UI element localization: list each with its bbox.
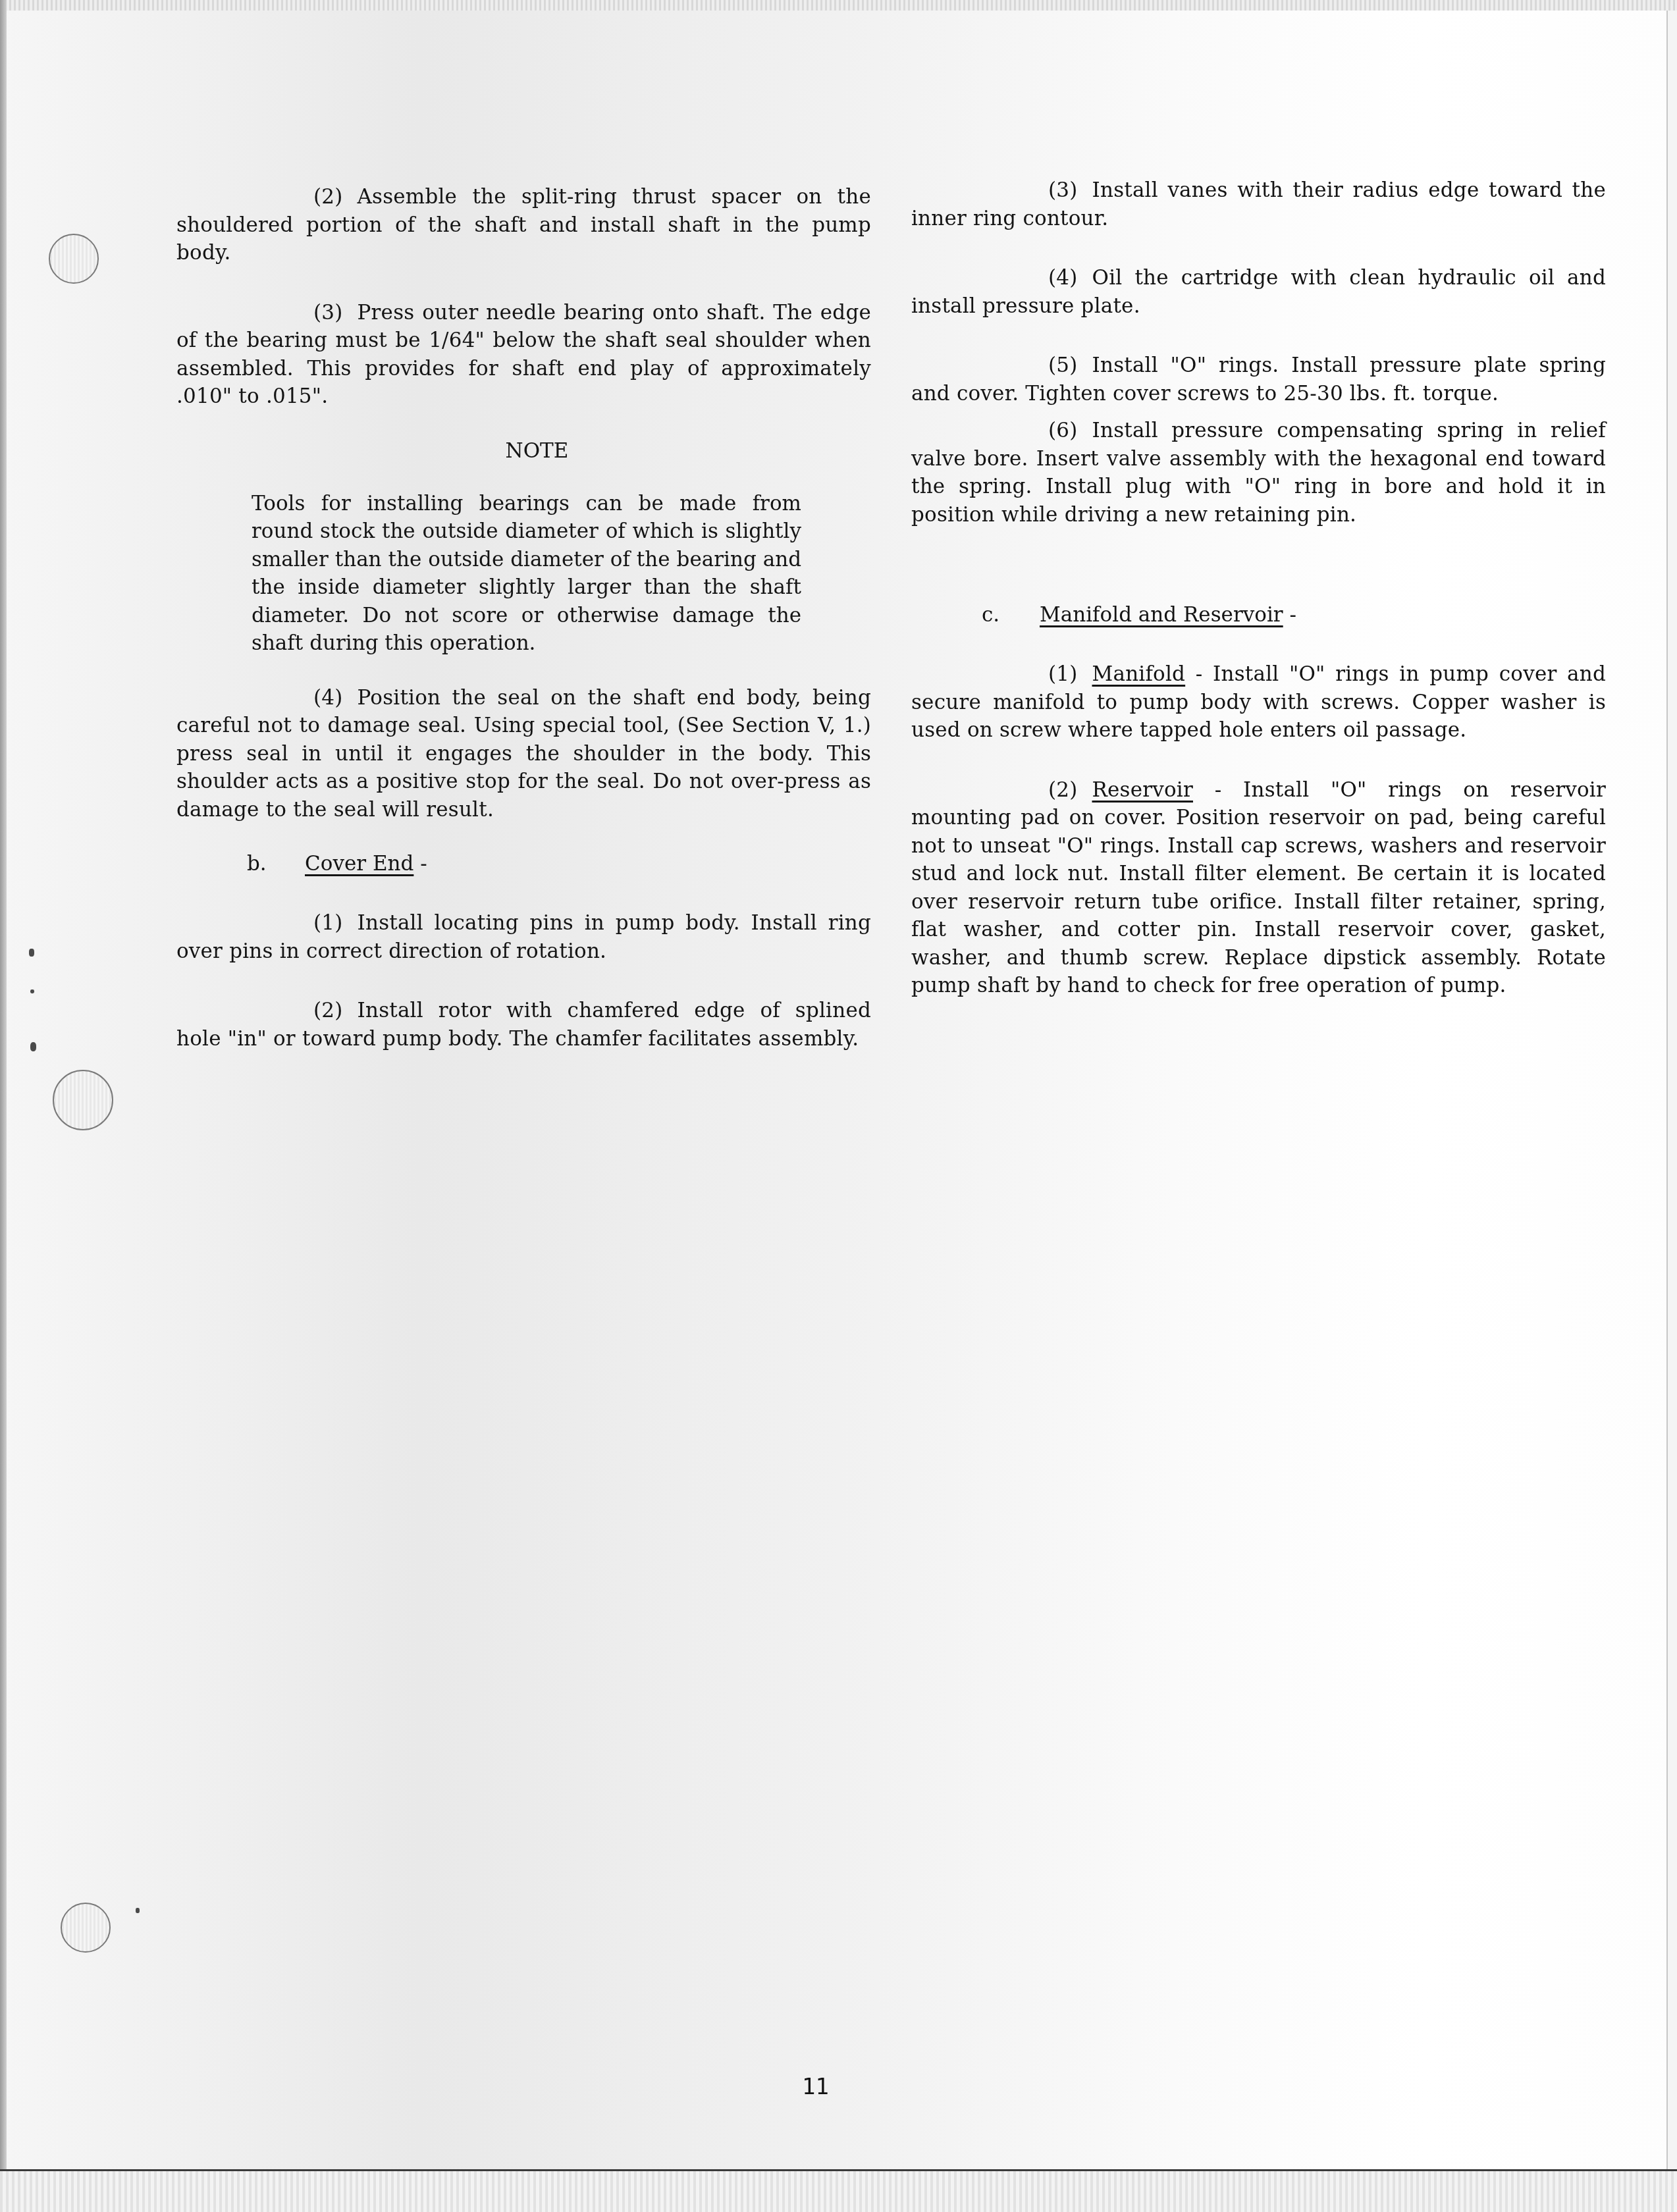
right-column: (3)Install vanes with their radius edge …	[911, 176, 1606, 1000]
binder-punch-hole-middle	[53, 1070, 113, 1130]
step-b6: (6)Install pressure compensating spring …	[911, 417, 1606, 529]
step-b3: (3)Install vanes with their radius edge …	[911, 176, 1606, 232]
step-a3: (3)Press outer needle bearing onto shaft…	[176, 299, 871, 411]
step-b4: (4)Oil the cartridge with clean hydrauli…	[911, 264, 1606, 320]
scan-bottom-edge	[0, 2169, 1677, 2212]
scan-left-edge	[0, 0, 7, 2212]
step-a4: (4)Position the seal on the shaft end bo…	[176, 684, 871, 824]
step-b1: (1)Install locating pins in pump body. I…	[176, 909, 871, 965]
paper-right-edge	[1666, 11, 1677, 2170]
left-column: (2)Assemble the split-ring thrust spacer…	[176, 183, 871, 1053]
step-c2-reservoir: (2)Reservoir - Install "O" rings on rese…	[911, 776, 1606, 1000]
note-heading: NOTE	[176, 437, 871, 465]
scan-speck	[30, 1042, 36, 1051]
scan-speck	[30, 989, 34, 993]
scan-top-edge	[0, 0, 1677, 11]
note-body: Tools for installing bearings can be mad…	[252, 490, 801, 658]
page-number: 11	[802, 2074, 829, 2100]
scan-speck	[136, 1908, 140, 1913]
step-c1-manifold: (1)Manifold - Install "O" rings in pump …	[911, 660, 1606, 745]
binder-punch-hole-top	[49, 234, 99, 284]
binder-punch-hole-bottom	[61, 1903, 111, 1953]
section-b-heading: b.Cover End -	[247, 850, 871, 878]
step-a2: (2)Assemble the split-ring thrust spacer…	[176, 183, 871, 267]
step-b2: (2)Install rotor with chamfered edge of …	[176, 997, 871, 1053]
section-c-heading: c.Manifold and Reservoir -	[982, 601, 1606, 629]
scan-speck	[29, 949, 34, 957]
step-b5: (5)Install "O" rings. Install pressure p…	[911, 352, 1606, 408]
